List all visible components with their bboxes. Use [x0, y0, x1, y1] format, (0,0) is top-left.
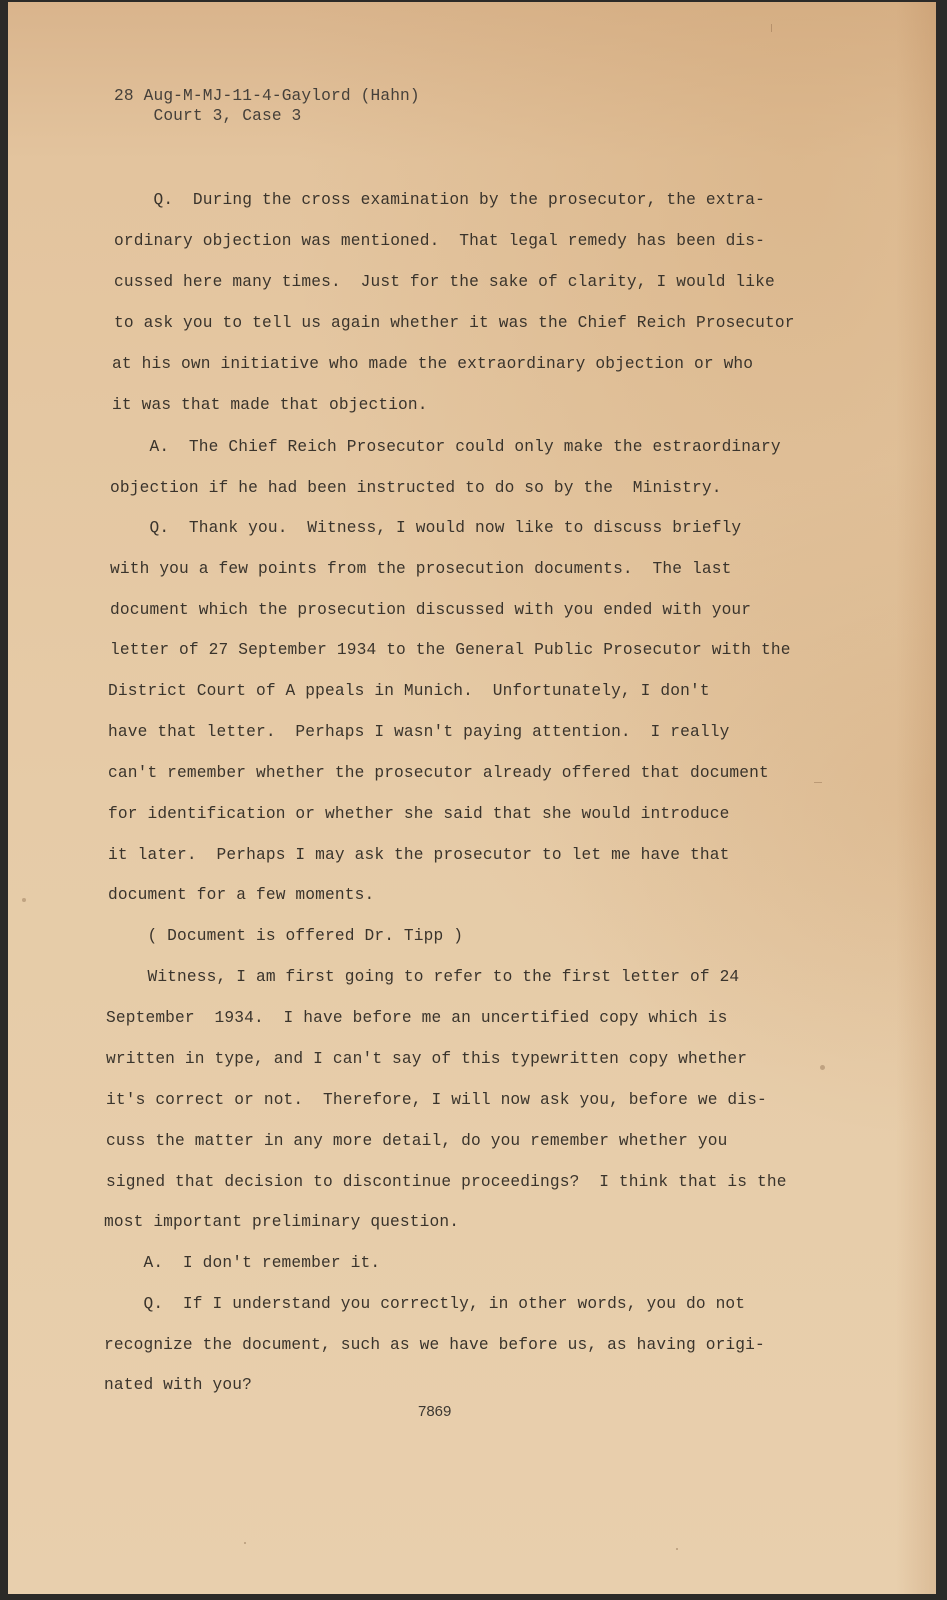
transcript-line: signed that decision to discontinue proc…	[106, 1172, 787, 1192]
transcript-line: at his own initiative who made the extra…	[112, 354, 753, 374]
transcript-stage-direction: ( Document is offered Dr. Tipp )	[108, 926, 463, 946]
transcript-line: District Court of A ppeals in Munich. Un…	[108, 681, 710, 701]
transcript-line: cuss the matter in any more detail, do y…	[106, 1131, 727, 1151]
transcript-line: cussed here many times. Just for the sak…	[114, 272, 775, 292]
transcript-line: Witness, I am first going to refer to th…	[108, 967, 739, 987]
transcript-line: can't remember whether the prosecutor al…	[108, 763, 769, 783]
transcript-line: recognize the document, such as we have …	[104, 1335, 765, 1355]
transcript-line: for identification or whether she said t…	[108, 804, 729, 824]
transcript-line: have that letter. Perhaps I wasn't payin…	[108, 722, 729, 742]
paper-speck	[676, 1548, 678, 1550]
transcript-line: most important preliminary question.	[104, 1212, 459, 1232]
transcript-line: written in type, and I can't say of this…	[106, 1049, 747, 1069]
paper-speck	[771, 24, 772, 32]
transcript-line: September 1934. I have before me an unce…	[106, 1008, 727, 1028]
document-page: 28 Aug-M-MJ-11-4-Gaylord (Hahn) Court 3,…	[8, 2, 936, 1594]
transcript-line: it's correct or not. Therefore, I will n…	[106, 1090, 767, 1110]
transcript-line: to ask you to tell us again whether it w…	[114, 313, 795, 333]
transcript-line: nated with you?	[104, 1375, 252, 1395]
transcript-line: with you a few points from the prosecuti…	[110, 559, 731, 579]
page-number: 7869	[418, 1403, 451, 1420]
paper-speck	[820, 1065, 825, 1070]
transcript-line: Q. Thank you. Witness, I would now like …	[110, 518, 741, 538]
transcript-line: Q. During the cross examination by the p…	[114, 190, 765, 210]
transcript-line: document which the prosecution discussed…	[110, 600, 751, 620]
paper-speck	[244, 1542, 246, 1544]
transcript-line: it later. Perhaps I may ask the prosecut…	[108, 845, 729, 865]
transcript-line: A. The Chief Reich Prosecutor could only…	[110, 437, 781, 457]
paper-speck	[22, 898, 26, 902]
transcript-line: letter of 27 September 1934 to the Gener…	[110, 640, 791, 660]
transcript-line: ordinary objection was mentioned. That l…	[114, 231, 765, 251]
transcript-line: it was that made that objection.	[112, 395, 428, 415]
transcript-line: document for a few moments.	[108, 885, 374, 905]
header-court-case: Court 3, Case 3	[114, 106, 301, 126]
paper-speck	[814, 782, 822, 783]
transcript-line: A. I don't remember it.	[104, 1253, 380, 1273]
transcript-line: Q. If I understand you correctly, in oth…	[104, 1294, 745, 1314]
transcript-line: objection if he had been instructed to d…	[110, 478, 722, 498]
header-case-reference: 28 Aug-M-MJ-11-4-Gaylord (Hahn)	[114, 86, 420, 106]
